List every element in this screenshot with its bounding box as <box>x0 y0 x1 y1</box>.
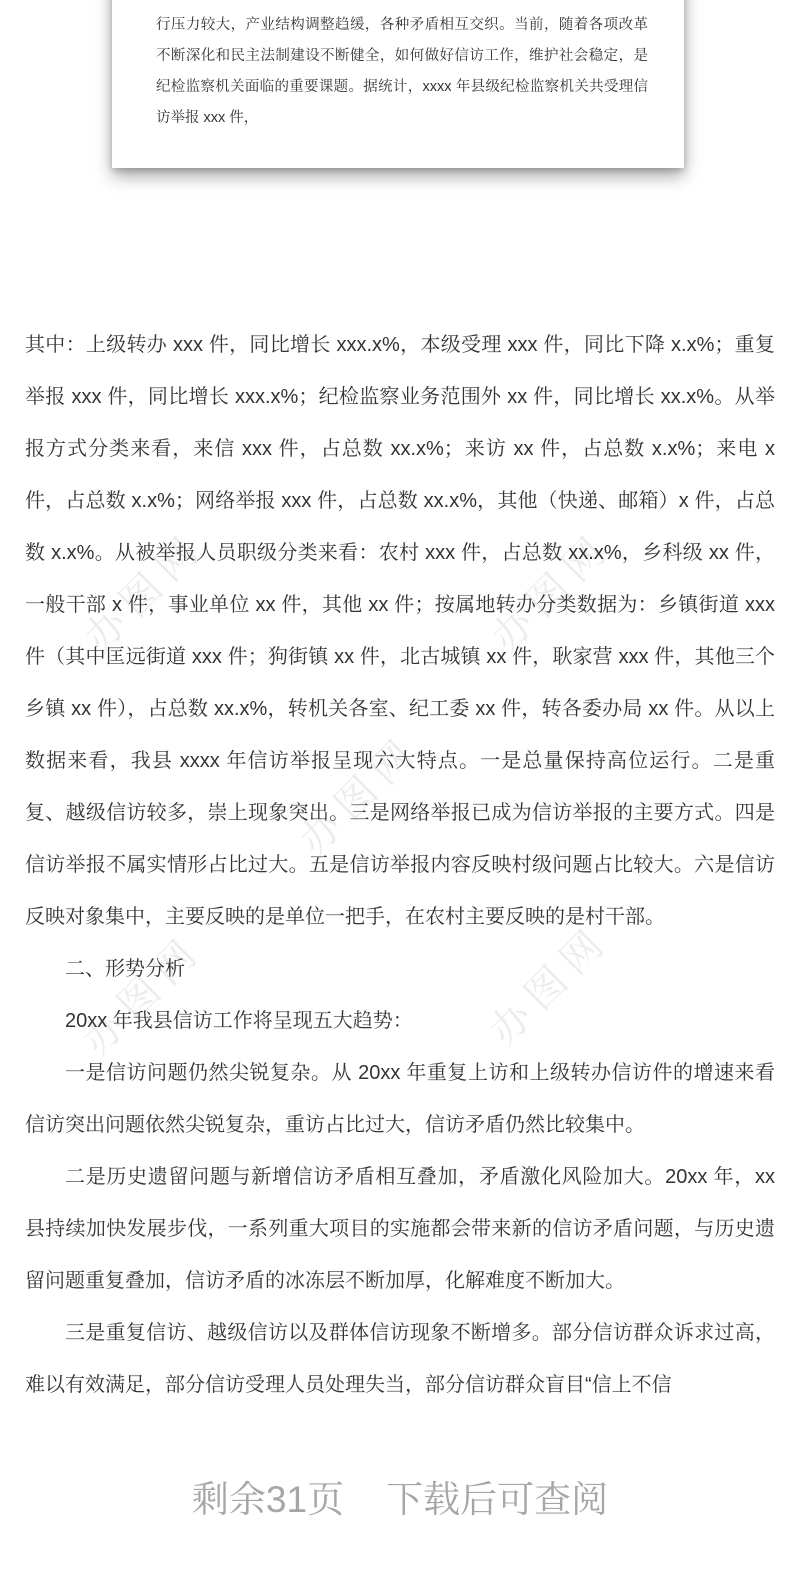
remaining-pages-label: 剩余31页 <box>192 1479 344 1520</box>
document-body: 其中：上级转办 xxx 件，同比增长 xxx.x%，本级受理 xxx 件，同比下… <box>25 319 775 1411</box>
document-preview-page: 行压力较大，产业结构调整趋缓，各种矛盾相互交织。当前，随着各项改革不断深化和民主… <box>0 0 800 1579</box>
section-heading: 二、形势分析 <box>25 943 775 995</box>
remaining-pages-notice: 剩余31页下载后可查阅 <box>0 1478 800 1522</box>
document-paragraph: 二是历史遗留问题与新增信访矛盾相互叠加，矛盾激化风险加大。20xx 年，xx 县… <box>25 1151 775 1307</box>
document-paragraph: 三是重复信访、越级信访以及群体信访现象不断增多。部分信访群众诉求过高，难以有效满… <box>25 1307 775 1411</box>
document-paragraph: 一是信访问题仍然尖锐复杂。从 20xx 年重复上访和上级转办信访件的增速来看信访… <box>25 1047 775 1151</box>
previous-page-text: 行压力较大，产业结构调整趋缓，各种矛盾相互交织。当前，随着各项改革不断深化和民主… <box>112 0 684 134</box>
download-hint-label: 下载后可查阅 <box>386 1479 608 1520</box>
previous-page-card: 行压力较大，产业结构调整趋缓，各种矛盾相互交织。当前，随着各项改革不断深化和民主… <box>112 0 684 168</box>
document-paragraph: 其中：上级转办 xxx 件，同比增长 xxx.x%，本级受理 xxx 件，同比下… <box>25 319 775 943</box>
document-paragraph: 20xx 年我县信访工作将呈现五大趋势： <box>25 995 775 1047</box>
